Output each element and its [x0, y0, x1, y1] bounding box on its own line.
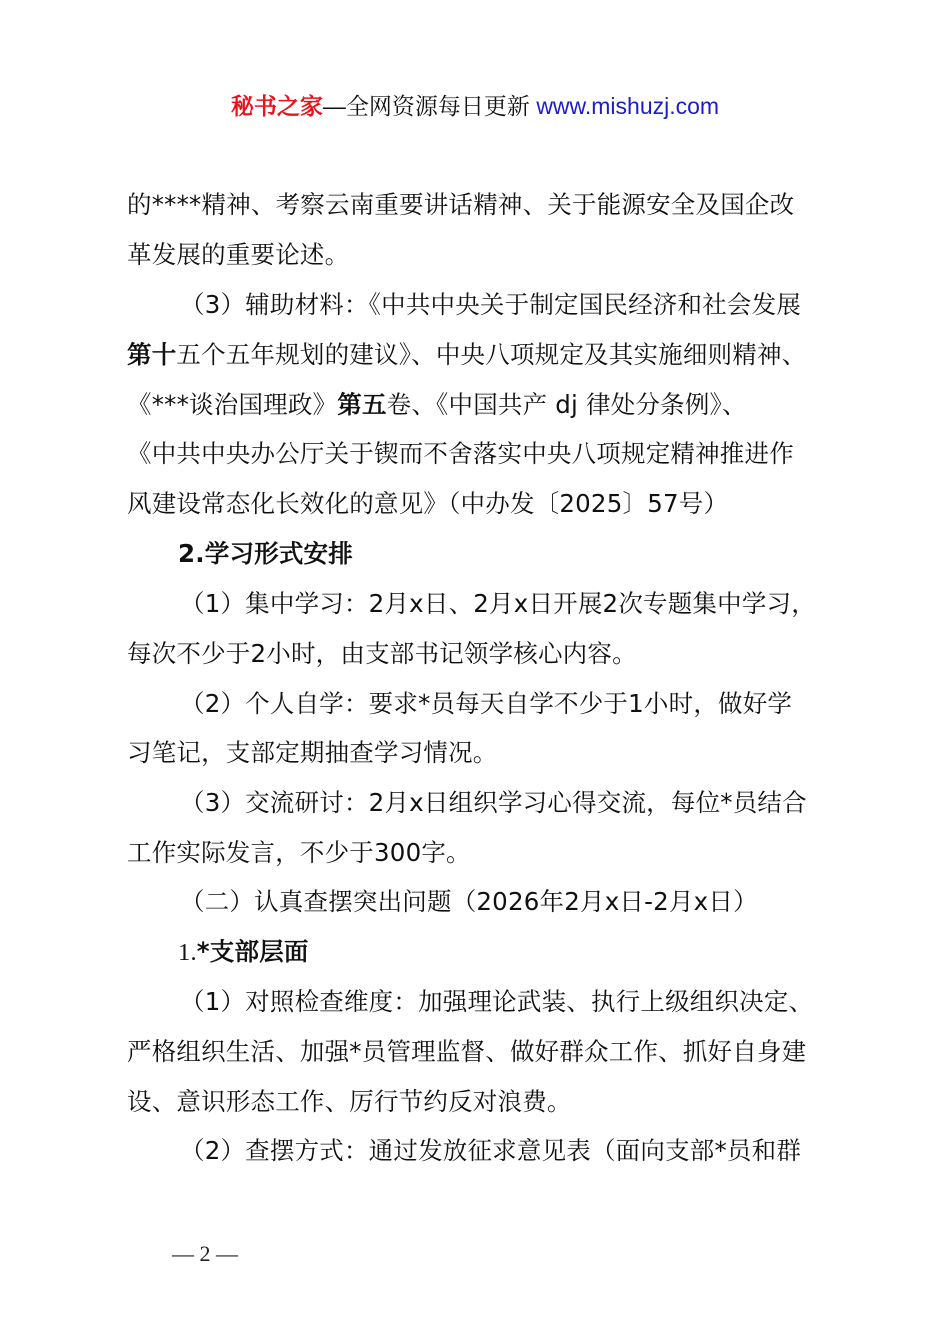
line-text: （2）查摆方式：通过发放征求意见表（面向支部*员和群 [180, 1136, 801, 1165]
line-text: （二）认真查摆突出问题（2026年2月x日-2月x日） [180, 887, 758, 916]
paragraph-line: 《***谈治国理政》第五卷、《中国共产 dj 律处分条例》、 [127, 385, 847, 425]
line-text: （2）个人自学：要求*员每天自学不少于1小时，做好学 [180, 689, 792, 718]
line-text: 习笔记，支部定期抽查学习情况。 [127, 738, 498, 767]
heading-text: 2.学习形式安排 [178, 539, 353, 568]
paragraph-line: 第十五个五年规划的建议》、中央八项规定及其实施细则精神、 [127, 335, 847, 375]
line-text: 《中共中央办公厅关于锲而不舍落实中央八项规定精神推进作 [127, 439, 794, 468]
line-text: （3）辅助材料：《中共中央关于制定国民经济和社会发展 [180, 290, 801, 319]
paragraph-line: 的****精神、考察云南重要讲话精神、关于能源安全及国企改 [127, 185, 847, 225]
document-page: 秘书之家—全网资源每日更新 www.mishuzj.com 的****精神、考察… [0, 0, 950, 1344]
line-text: 设、意识形态工作、厉行节约反对浪费。 [127, 1087, 572, 1116]
paragraph-line: （3）交流研讨：2月x日组织学习心得交流，每位*员结合 [180, 783, 900, 823]
paragraph-line: （3）辅助材料：《中共中央关于制定国民经济和社会发展 [180, 285, 900, 325]
paragraph-line: 严格组织生活、加强*员管理监督、做好群众工作、抓好自身建 [127, 1032, 847, 1072]
paragraph-line: 每次不少于2小时，由支部书记领学核心内容。 [127, 634, 847, 674]
site-link[interactable]: www.mishuzj.com [536, 93, 719, 119]
line-text: 的****精神、考察云南重要讲话精神、关于能源安全及国企改 [127, 190, 794, 219]
paragraph-line: （2）个人自学：要求*员每天自学不少于1小时，做好学 [180, 684, 900, 724]
line-text: 革发展的重要论述。 [127, 240, 349, 269]
line-text: （3）交流研讨：2月x日组织学习心得交流，每位*员结合 [180, 788, 807, 817]
heading-text: *支部层面 [197, 937, 309, 966]
paragraph-line: 工作实际发言，不少于300字。 [127, 833, 847, 873]
paragraph-line: （1）对照检查维度：加强理论武装、执行上级组织决定、 [180, 982, 900, 1022]
page-header: 秘书之家—全网资源每日更新 www.mishuzj.com [0, 88, 950, 124]
paragraph-line: （1）集中学习：2月x日、2月x日开展2次专题集中学习， [180, 584, 900, 624]
paragraph-line: 革发展的重要论述。 [127, 235, 847, 275]
paragraph-line: 风建设常态化长效化的意见》（中办发〔2025〕57号） [127, 484, 847, 524]
line-text: 风建设常态化长效化的意见》（中办发〔2025〕57号） [127, 489, 728, 518]
brand-name: 秘书之家 [231, 93, 323, 119]
line-text: 五个五年规划的建议》、中央八项规定及其实施细则精神、 [176, 340, 806, 369]
line-text: 每次不少于2小时，由支部书记领学核心内容。 [127, 639, 637, 668]
paragraph-line: 《中共中央办公厅关于锲而不舍落实中央八项规定精神推进作 [127, 434, 847, 474]
section-heading: 2.学习形式安排 [178, 534, 898, 574]
line-text: 《***谈治国理政》 [127, 390, 337, 419]
bold-text: 第十 [127, 340, 176, 369]
header-slogan: —全网资源每日更新 [323, 93, 536, 119]
line-text: 严格组织生活、加强*员管理监督、做好群众工作、抓好自身建 [127, 1037, 806, 1066]
subsection-heading: （二）认真查摆突出问题（2026年2月x日-2月x日） [180, 882, 900, 922]
line-text: 卷、《中国共产 dj 律处分条例》、 [387, 390, 747, 419]
paragraph-line: 习笔记，支部定期抽查学习情况。 [127, 733, 847, 773]
bold-text: 第五 [337, 390, 386, 419]
line-text: 工作实际发言，不少于300字。 [127, 838, 471, 867]
line-text: （1）对照检查维度：加强理论武装、执行上级组织决定、 [180, 987, 813, 1016]
heading-number: 1. [178, 939, 197, 966]
paragraph-line: 设、意识形态工作、厉行节约反对浪费。 [127, 1082, 847, 1122]
page-number: — 2 — [172, 1236, 238, 1272]
section-heading: 1.*支部层面 [178, 932, 898, 972]
paragraph-line: （2）查摆方式：通过发放征求意见表（面向支部*员和群 [180, 1131, 900, 1171]
line-text: （1）集中学习：2月x日、2月x日开展2次专题集中学习， [180, 589, 816, 618]
